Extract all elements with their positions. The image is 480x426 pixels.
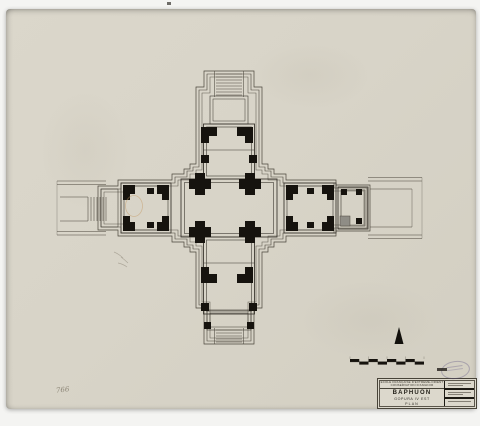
title-block-main: ÉCOLE FRANÇAISE D'EXTRÊME-ORIENT CONSERV… xyxy=(380,381,444,406)
title-block-frame: ÉCOLE FRANÇAISE D'EXTRÊME-ORIENT CONSERV… xyxy=(379,380,475,407)
east-causeway xyxy=(368,178,422,239)
title-block-header: ÉCOLE FRANÇAISE D'EXTRÊME-ORIENT CONSERV… xyxy=(380,381,444,390)
title-block-titles: BAPHUON GOPURA IV EST PLAN xyxy=(380,389,444,406)
illegible-text-line xyxy=(448,392,471,393)
restored-pier xyxy=(340,216,350,226)
north-stairs xyxy=(215,71,244,97)
title-block-side-row xyxy=(445,381,474,390)
stamp-scribble xyxy=(447,365,463,368)
scanned-drawing-sheet: ÉCOLE FRANÇAISE D'EXTRÊME-ORIENT CONSERV… xyxy=(0,0,480,426)
ink-mark xyxy=(437,368,447,371)
stone-piers xyxy=(123,127,362,329)
title-block-side-row xyxy=(445,390,474,399)
department-name: CONSERVATION D'ANGKOR xyxy=(380,384,444,388)
illegible-text-line xyxy=(448,383,471,384)
scale-bar xyxy=(350,357,424,365)
chamber-walls xyxy=(101,96,368,330)
title-block: ÉCOLE FRANÇAISE D'EXTRÊME-ORIENT CONSERV… xyxy=(377,378,477,409)
north-arrow-icon xyxy=(395,327,404,344)
handwritten-sheet-number: 766 xyxy=(56,385,70,394)
south-stairs xyxy=(215,328,244,344)
gopura-plan-drawing xyxy=(0,0,480,426)
illegible-text-line xyxy=(448,401,471,402)
pencil-scribble xyxy=(114,252,128,267)
title-block-side-row xyxy=(445,399,474,406)
pencil-circle-mark xyxy=(126,196,143,217)
illegible-text-line xyxy=(448,394,463,395)
west-causeway-and-stairs xyxy=(57,181,106,235)
monument-title: BAPHUON xyxy=(380,390,444,397)
title-block-side-column xyxy=(444,381,474,406)
illegible-text-line xyxy=(448,385,463,386)
drawing-type: PLAN xyxy=(380,402,444,406)
platform-outlines xyxy=(98,71,370,344)
